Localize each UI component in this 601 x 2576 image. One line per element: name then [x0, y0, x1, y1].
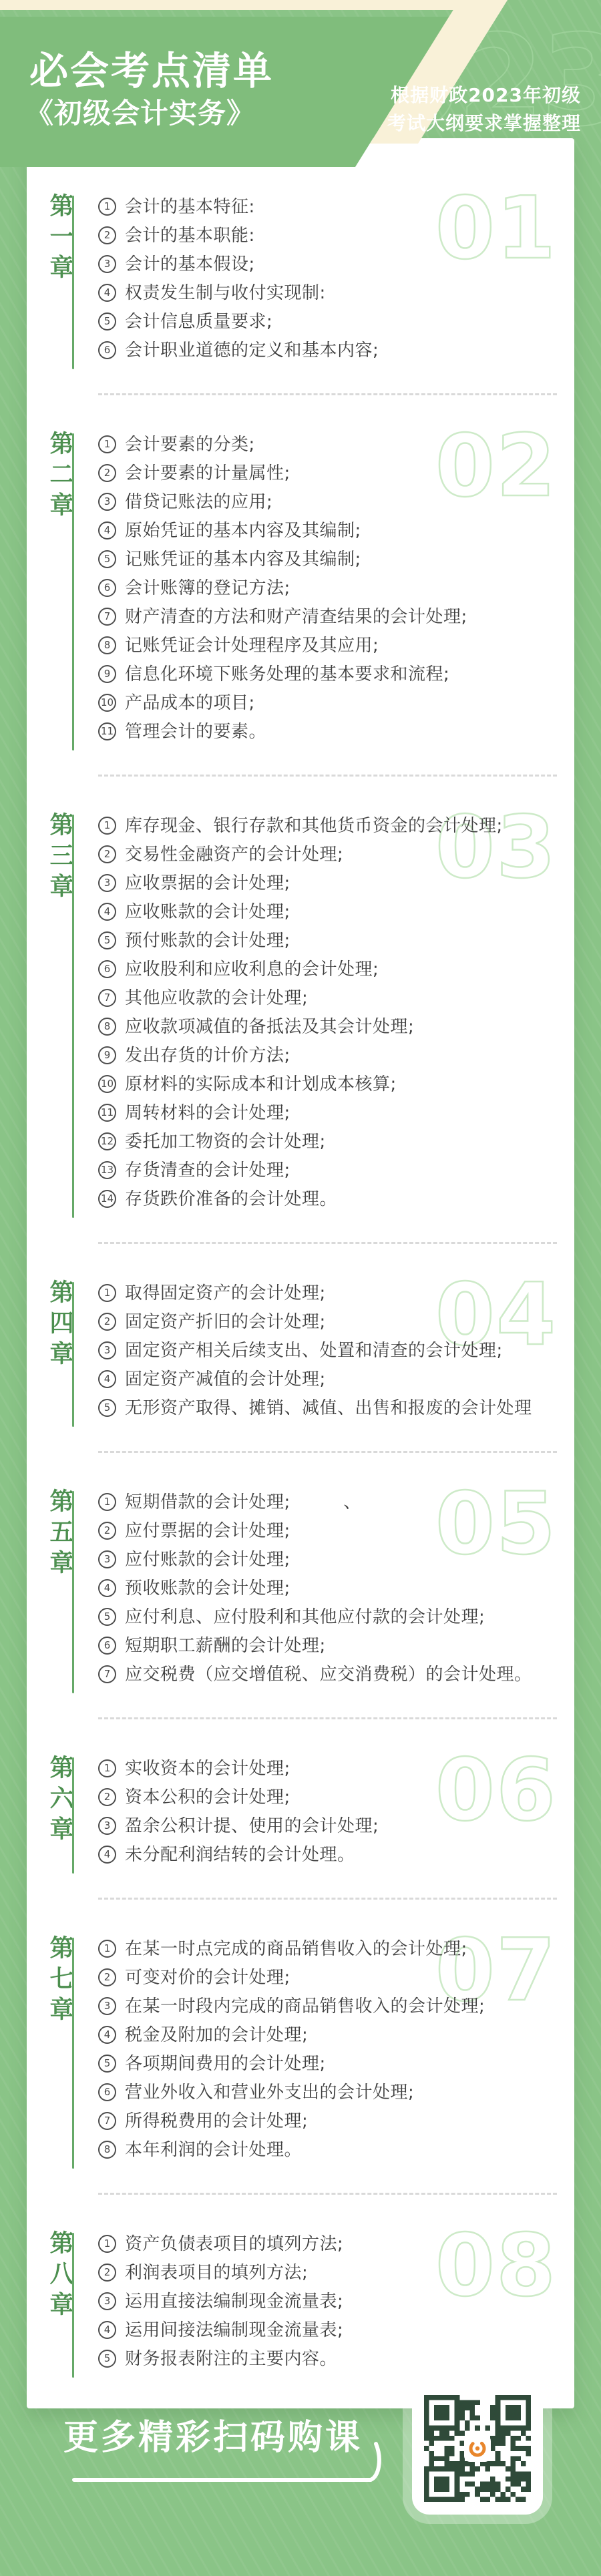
- item-number-badge: 14: [98, 1190, 116, 1208]
- topic-item: 4应收账款的会计处理;: [98, 902, 574, 922]
- item-text: 库存现金、银行存款和其他货币资金的会计处理;: [125, 816, 503, 836]
- topic-item: 5会计信息质量要求;: [98, 312, 574, 332]
- dashed-separator: [98, 1717, 557, 1719]
- item-number-badge: 8: [98, 1018, 116, 1036]
- page-subtitle: 《初级会计实务》: [25, 91, 255, 132]
- item-number-badge: 7: [98, 989, 116, 1007]
- item-number-badge: 4: [98, 284, 116, 302]
- chapter-divider-line: [72, 433, 74, 750]
- item-number-badge: 2: [98, 1522, 116, 1540]
- topic-item: 1库存现金、银行存款和其他货币资金的会计处理;: [98, 816, 574, 836]
- item-text: 应付利息、应付股利和其他应付款的会计处理;: [125, 1607, 485, 1627]
- topic-item: 2会计要素的计量属性;: [98, 463, 574, 483]
- topic-item: 6短期职工薪酬的会计处理;: [98, 1636, 574, 1656]
- item-number-badge: 6: [98, 341, 116, 359]
- item-number-badge: 3: [98, 1817, 116, 1835]
- item-text: 权责发生制与收付实现制:: [125, 283, 326, 303]
- item-text: 发出存货的计价方法;: [125, 1046, 290, 1066]
- qr-code-icon: [412, 2382, 543, 2515]
- topic-item: 11管理会计的要素。: [98, 722, 574, 742]
- header-note-line1: 根据财政2023年初级: [387, 81, 581, 110]
- item-number-badge: 2: [98, 226, 116, 244]
- topic-item: 11周转材料的会计处理;: [98, 1103, 574, 1123]
- item-text: 原始凭证的基本内容及其编制;: [125, 521, 361, 541]
- topic-item: 1会计的基本特征:: [98, 197, 574, 217]
- topic-item: 3固定资产相关后续支出、处置和清查的会计处理;: [98, 1341, 574, 1361]
- item-number-badge: 12: [98, 1132, 116, 1150]
- item-text: 应收股利和应收利息的会计处理;: [125, 959, 379, 980]
- item-text: 会计的基本特征:: [125, 197, 255, 217]
- item-text: 记账凭证会计处理程序及其应用;: [125, 636, 379, 656]
- topic-item: 1短期借款的会计处理; 、: [98, 1492, 574, 1512]
- topic-item: 10原材料的实际成本和计划成本核算;: [98, 1074, 574, 1094]
- item-number-badge: 3: [98, 493, 116, 511]
- chapter-section-07: 07第七章1在某一时点完成的商品销售收入的会计处理;2可变对价的会计处理;3在某…: [27, 1938, 574, 2169]
- item-text: 会计账簿的登记方法;: [125, 578, 290, 598]
- item-text: 会计的基本职能:: [125, 226, 255, 246]
- item-text: 其他应收款的会计处理;: [125, 988, 308, 1008]
- chapter-divider-line: [72, 1282, 74, 1427]
- item-text: 应付票据的会计处理;: [125, 1521, 290, 1541]
- topic-item: 9发出存货的计价方法;: [98, 1046, 574, 1066]
- topic-item: 1实收资本的会计处理;: [98, 1759, 574, 1779]
- topic-item: 6会计职业道德的定义和基本内容;: [98, 341, 574, 361]
- chapter-label: 第四章: [47, 1279, 72, 1427]
- topic-item: 6营业外收入和营业外支出的会计处理;: [98, 2083, 574, 2103]
- dashed-separator: [98, 2193, 557, 2195]
- item-text: 财务报表附注的主要内容。: [125, 2349, 337, 2369]
- item-number-badge: 3: [98, 1341, 116, 1359]
- chapter-topic-list: 1在某一时点完成的商品销售收入的会计处理;2可变对价的会计处理;3在某一时段内完…: [98, 1938, 574, 2169]
- item-text: 实收资本的会计处理;: [125, 1759, 290, 1779]
- item-text: 会计信息质量要求;: [125, 312, 272, 332]
- item-number-badge: 4: [98, 521, 116, 540]
- item-number-badge: 4: [98, 1846, 116, 1864]
- topic-item: 1取得固定资产的会计处理;: [98, 1283, 574, 1303]
- item-number-badge: 5: [98, 550, 116, 568]
- header-note: 根据财政2023年初级 考试大纲要求掌握整理: [387, 81, 581, 138]
- item-text: 委托加工物资的会计处理;: [125, 1132, 326, 1152]
- item-number-badge: 1: [98, 435, 116, 453]
- topic-item: 1在某一时点完成的商品销售收入的会计处理;: [98, 1939, 574, 1959]
- item-text: 会计要素的分类;: [125, 435, 255, 455]
- topic-item: 9信息化环境下账务处理的基本要求和流程;: [98, 664, 574, 684]
- item-number-badge: 5: [98, 2055, 116, 2073]
- item-text: 短期职工薪酬的会计处理;: [125, 1636, 326, 1656]
- dashed-separator: [98, 1898, 557, 1900]
- item-number-badge: 2: [98, 1788, 116, 1806]
- item-text: 信息化环境下账务处理的基本要求和流程;: [125, 664, 449, 684]
- topic-item: 4未分配利润结转的会计处理。: [98, 1845, 574, 1865]
- item-text: 营业外收入和营业外支出的会计处理;: [125, 2083, 414, 2103]
- item-text: 税金及附加的会计处理;: [125, 2025, 308, 2045]
- item-number-badge: 10: [98, 1075, 116, 1093]
- chapter-section-02: 02第二章1会计要素的分类;2会计要素的计量属性;3借贷记账法的应用;4原始凭证…: [27, 433, 574, 750]
- header-note-line2: 考试大纲要求掌握整理: [387, 110, 581, 138]
- item-text: 周转材料的会计处理;: [125, 1103, 290, 1123]
- topic-item: 4原始凭证的基本内容及其编制;: [98, 521, 574, 541]
- topic-item: 6应收股利和应收利息的会计处理;: [98, 959, 574, 980]
- item-text: 资产负债表项目的填列方法;: [125, 2234, 343, 2254]
- item-number-badge: 2: [98, 2264, 116, 2282]
- item-text: 各项期间费用的会计处理;: [125, 2054, 326, 2074]
- chapter-divider-line: [72, 196, 74, 369]
- item-number-badge: 7: [98, 608, 116, 626]
- topic-item: 2资本公积的会计处理;: [98, 1787, 574, 1807]
- item-text: 记账凭证的基本内容及其编制;: [125, 550, 361, 570]
- item-number-badge: 3: [98, 2292, 116, 2310]
- chapter-divider-line: [72, 1938, 74, 2169]
- item-text: 预收账款的会计处理;: [125, 1578, 290, 1598]
- chapter-topic-list: 1库存现金、银行存款和其他货币资金的会计处理;2交易性金融资产的会计处理;3应收…: [98, 815, 574, 1218]
- content-card: 01第一章1会计的基本特征:2会计的基本职能:3会计的基本假设;4权责发生制与收…: [27, 138, 574, 2408]
- topic-item: 8本年利润的会计处理。: [98, 2140, 574, 2160]
- item-text: 盈余公积计提、使用的会计处理;: [125, 1816, 379, 1836]
- item-number-badge: 4: [98, 2321, 116, 2339]
- chapter-label: 第八章: [47, 2230, 72, 2378]
- item-text: 原材料的实际成本和计划成本核算;: [125, 1074, 397, 1094]
- chapter-section-05: 05第五章1短期借款的会计处理; 、2应付票据的会计处理;3应付账款的会计处理;…: [27, 1491, 574, 1693]
- item-number-badge: 5: [98, 1399, 116, 1417]
- item-number-badge: 3: [98, 1550, 116, 1568]
- topic-item: 2可变对价的会计处理;: [98, 1968, 574, 1988]
- chapters: 01第一章1会计的基本特征:2会计的基本职能:3会计的基本假设;4权责发生制与收…: [27, 196, 574, 2378]
- item-number-badge: 4: [98, 1579, 116, 1597]
- chapter-divider-line: [72, 815, 74, 1218]
- item-text: 可变对价的会计处理;: [125, 1968, 290, 1988]
- chapter-topic-list: 1取得固定资产的会计处理;2固定资产折旧的会计处理;3固定资产相关后续支出、处置…: [98, 1282, 574, 1427]
- item-number-badge: 8: [98, 2141, 116, 2159]
- item-number-badge: 11: [98, 1104, 116, 1122]
- chapter-label: 第一章: [47, 193, 72, 369]
- item-text: 无形资产取得、摊销、减值、出售和报废的会计处理: [125, 1398, 532, 1418]
- item-text: 应交税费（应交增值税、应交消费税）的会计处理。: [125, 1665, 532, 1685]
- item-number-badge: 4: [98, 1370, 116, 1388]
- item-number-badge: 4: [98, 2026, 116, 2044]
- item-number-badge: 2: [98, 1968, 116, 1986]
- chapter-section-03: 03第三章1库存现金、银行存款和其他货币资金的会计处理;2交易性金融资产的会计处…: [27, 815, 574, 1218]
- topic-item: 10产品成本的项目;: [98, 693, 574, 713]
- top-cream-strip: [0, 0, 467, 10]
- topic-item: 3应付账款的会计处理;: [98, 1550, 574, 1570]
- topic-item: 5预付账款的会计处理;: [98, 931, 574, 951]
- chapter-section-08: 08第八章1资产负债表项目的填列方法;2利润表项目的填列方法;3运用直接法编制现…: [27, 2233, 574, 2378]
- item-text: 应收账款的会计处理;: [125, 902, 290, 922]
- chapter-topic-list: 1短期借款的会计处理; 、2应付票据的会计处理;3应付账款的会计处理;4预收账款…: [98, 1491, 574, 1693]
- item-number-badge: 7: [98, 2112, 116, 2130]
- item-number-badge: 7: [98, 1665, 116, 1683]
- topic-item: 5无形资产取得、摊销、减值、出售和报废的会计处理: [98, 1398, 574, 1418]
- topic-item: 2会计的基本职能:: [98, 226, 574, 246]
- poster-page: 2023 01第一章1会计的基本特征:2会计的基本职能:3会计的基本假设;4权责…: [0, 0, 601, 2576]
- item-text: 取得固定资产的会计处理;: [125, 1283, 326, 1303]
- topic-item: 3运用直接法编制现金流量表;: [98, 2292, 574, 2312]
- chapter-label: 第七章: [47, 1935, 72, 2169]
- topic-item: 2利润表项目的填列方法;: [98, 2263, 574, 2283]
- item-text: 本年利润的会计处理。: [125, 2140, 302, 2160]
- dashed-separator: [98, 393, 557, 395]
- item-number-badge: 1: [98, 1284, 116, 1302]
- topic-item: 6会计账簿的登记方法;: [98, 578, 574, 598]
- topic-item: 5各项期间费用的会计处理;: [98, 2054, 574, 2074]
- item-text: 在某一时点完成的商品销售收入的会计处理;: [125, 1939, 467, 1959]
- page-title: 必会考点清单: [29, 39, 274, 95]
- item-number-badge: 1: [98, 1759, 116, 1777]
- topic-item: 7所得税费用的会计处理;: [98, 2111, 574, 2131]
- item-text: 运用间接法编制现金流量表;: [125, 2320, 343, 2340]
- item-text: 在某一时段内完成的商品销售收入的会计处理;: [125, 1996, 485, 2016]
- topic-item: 3在某一时段内完成的商品销售收入的会计处理;: [98, 1996, 574, 2016]
- topic-item: 4运用间接法编制现金流量表;: [98, 2320, 574, 2340]
- item-text: 固定资产折旧的会计处理;: [125, 1312, 326, 1332]
- topic-item: 4税金及附加的会计处理;: [98, 2025, 574, 2045]
- topic-item: 12委托加工物资的会计处理;: [98, 1132, 574, 1152]
- topic-item: 4固定资产减值的会计处理;: [98, 1369, 574, 1389]
- item-text: 固定资产相关后续支出、处置和清查的会计处理;: [125, 1341, 503, 1361]
- topic-item: 7应交税费（应交增值税、应交消费税）的会计处理。: [98, 1665, 574, 1685]
- item-number-badge: 1: [98, 1493, 116, 1511]
- item-text: 未分配利润结转的会计处理。: [125, 1845, 355, 1865]
- item-number-badge: 2: [98, 845, 116, 863]
- chapter-label: 第五章: [47, 1488, 72, 1693]
- topic-item: 3应收票据的会计处理;: [98, 873, 574, 893]
- chapter-topic-list: 1实收资本的会计处理;2资本公积的会计处理;3盈余公积计提、使用的会计处理;4未…: [98, 1757, 574, 1874]
- topic-item: 14存货跌价准备的会计处理。: [98, 1189, 574, 1209]
- item-number-badge: 1: [98, 1940, 116, 1958]
- item-number-badge: 5: [98, 2350, 116, 2368]
- item-number-badge: 11: [98, 722, 116, 740]
- item-text: 交易性金融资产的会计处理;: [125, 845, 343, 865]
- chapter-section-04: 04第四章1取得固定资产的会计处理;2固定资产折旧的会计处理;3固定资产相关后续…: [27, 1282, 574, 1427]
- topic-item: 2固定资产折旧的会计处理;: [98, 1312, 574, 1332]
- item-text: 财产清查的方法和财产清查结果的会计处理;: [125, 607, 467, 627]
- item-number-badge: 3: [98, 255, 116, 273]
- item-number-badge: 6: [98, 1637, 116, 1655]
- item-number-badge: 5: [98, 312, 116, 331]
- item-text: 固定资产减值的会计处理;: [125, 1369, 326, 1389]
- item-text: 存货跌价准备的会计处理。: [125, 1189, 337, 1209]
- chapter-section-01: 01第一章1会计的基本特征:2会计的基本职能:3会计的基本假设;4权责发生制与收…: [27, 196, 574, 369]
- topic-item: 7财产清查的方法和财产清查结果的会计处理;: [98, 607, 574, 627]
- chapter-topic-list: 1会计的基本特征:2会计的基本职能:3会计的基本假设;4权责发生制与收付实现制:…: [98, 196, 574, 369]
- item-number-badge: 6: [98, 579, 116, 597]
- item-number-badge: 6: [98, 2083, 116, 2101]
- topic-item: 2应付票据的会计处理;: [98, 1521, 574, 1541]
- chapter-divider-line: [72, 1757, 74, 1874]
- item-number-badge: 1: [98, 198, 116, 216]
- topic-item: 1资产负债表项目的填列方法;: [98, 2234, 574, 2254]
- item-text: 借贷记账法的应用;: [125, 492, 272, 512]
- chapter-label: 第三章: [47, 812, 72, 1218]
- item-number-badge: 5: [98, 1608, 116, 1626]
- item-number-badge: 3: [98, 874, 116, 892]
- topic-item: 8应收款项减值的备抵法及其会计处理;: [98, 1017, 574, 1037]
- item-text: 利润表项目的填列方法;: [125, 2263, 308, 2283]
- item-text: 资本公积的会计处理;: [125, 1787, 290, 1807]
- dashed-separator: [98, 1451, 557, 1453]
- chapter-topic-list: 1会计要素的分类;2会计要素的计量属性;3借贷记账法的应用;4原始凭证的基本内容…: [98, 433, 574, 750]
- topic-item: 5财务报表附注的主要内容。: [98, 2349, 574, 2369]
- item-number-badge: 1: [98, 2235, 116, 2253]
- item-number-badge: 9: [98, 665, 116, 683]
- item-number-badge: 8: [98, 636, 116, 654]
- item-text: 会计要素的计量属性;: [125, 463, 290, 483]
- item-number-badge: 4: [98, 903, 116, 921]
- topic-item: 4权责发生制与收付实现制:: [98, 283, 574, 303]
- topic-item: 13存货清查的会计处理;: [98, 1160, 574, 1180]
- item-text: 会计的基本假设;: [125, 254, 255, 274]
- item-number-badge: 10: [98, 694, 116, 712]
- dashed-separator: [98, 775, 557, 777]
- topic-item: 5记账凭证的基本内容及其编制;: [98, 550, 574, 570]
- item-number-badge: 6: [98, 960, 116, 978]
- dashed-separator: [98, 1242, 557, 1244]
- footer-underline-decoration: [72, 2436, 386, 2487]
- topic-item: 3盈余公积计提、使用的会计处理;: [98, 1816, 574, 1836]
- item-text: 运用直接法编制现金流量表;: [125, 2292, 343, 2312]
- item-number-badge: 9: [98, 1046, 116, 1064]
- item-text: 预付账款的会计处理;: [125, 931, 290, 951]
- brand-swirl-icon: [464, 2435, 491, 2462]
- item-number-badge: 5: [98, 931, 116, 949]
- chapter-label: 第二章: [47, 431, 72, 750]
- item-text: 管理会计的要素。: [125, 722, 266, 742]
- chapter-divider-line: [72, 2233, 74, 2378]
- chapter-divider-line: [72, 1491, 74, 1693]
- topic-item: 3借贷记账法的应用;: [98, 492, 574, 512]
- item-number-badge: 1: [98, 817, 116, 835]
- topic-item: 3会计的基本假设;: [98, 254, 574, 274]
- topic-item: 5应付利息、应付股利和其他应付款的会计处理;: [98, 1607, 574, 1627]
- item-text: 应收款项减值的备抵法及其会计处理;: [125, 1017, 414, 1037]
- chapter-label: 第六章: [47, 1755, 72, 1874]
- item-text: 所得税费用的会计处理;: [125, 2111, 308, 2131]
- item-text: 会计职业道德的定义和基本内容;: [125, 341, 379, 361]
- chapter-topic-list: 1资产负债表项目的填列方法;2利润表项目的填列方法;3运用直接法编制现金流量表;…: [98, 2233, 574, 2378]
- item-text: 应收票据的会计处理;: [125, 873, 290, 893]
- topic-item: 7其他应收款的会计处理;: [98, 988, 574, 1008]
- topic-item: 2交易性金融资产的会计处理;: [98, 845, 574, 865]
- item-number-badge: 3: [98, 1997, 116, 2015]
- item-text: 应付账款的会计处理;: [125, 1550, 290, 1570]
- topic-item: 8记账凭证会计处理程序及其应用;: [98, 636, 574, 656]
- item-number-badge: 2: [98, 464, 116, 482]
- item-text: 短期借款的会计处理; 、: [125, 1492, 361, 1512]
- item-text: 产品成本的项目;: [125, 693, 255, 713]
- item-text: 存货清查的会计处理;: [125, 1160, 290, 1180]
- topic-item: 4预收账款的会计处理;: [98, 1578, 574, 1598]
- chapter-section-06: 06第六章1实收资本的会计处理;2资本公积的会计处理;3盈余公积计提、使用的会计…: [27, 1757, 574, 1874]
- item-number-badge: 13: [98, 1161, 116, 1179]
- item-number-badge: 2: [98, 1313, 116, 1331]
- topic-item: 1会计要素的分类;: [98, 435, 574, 455]
